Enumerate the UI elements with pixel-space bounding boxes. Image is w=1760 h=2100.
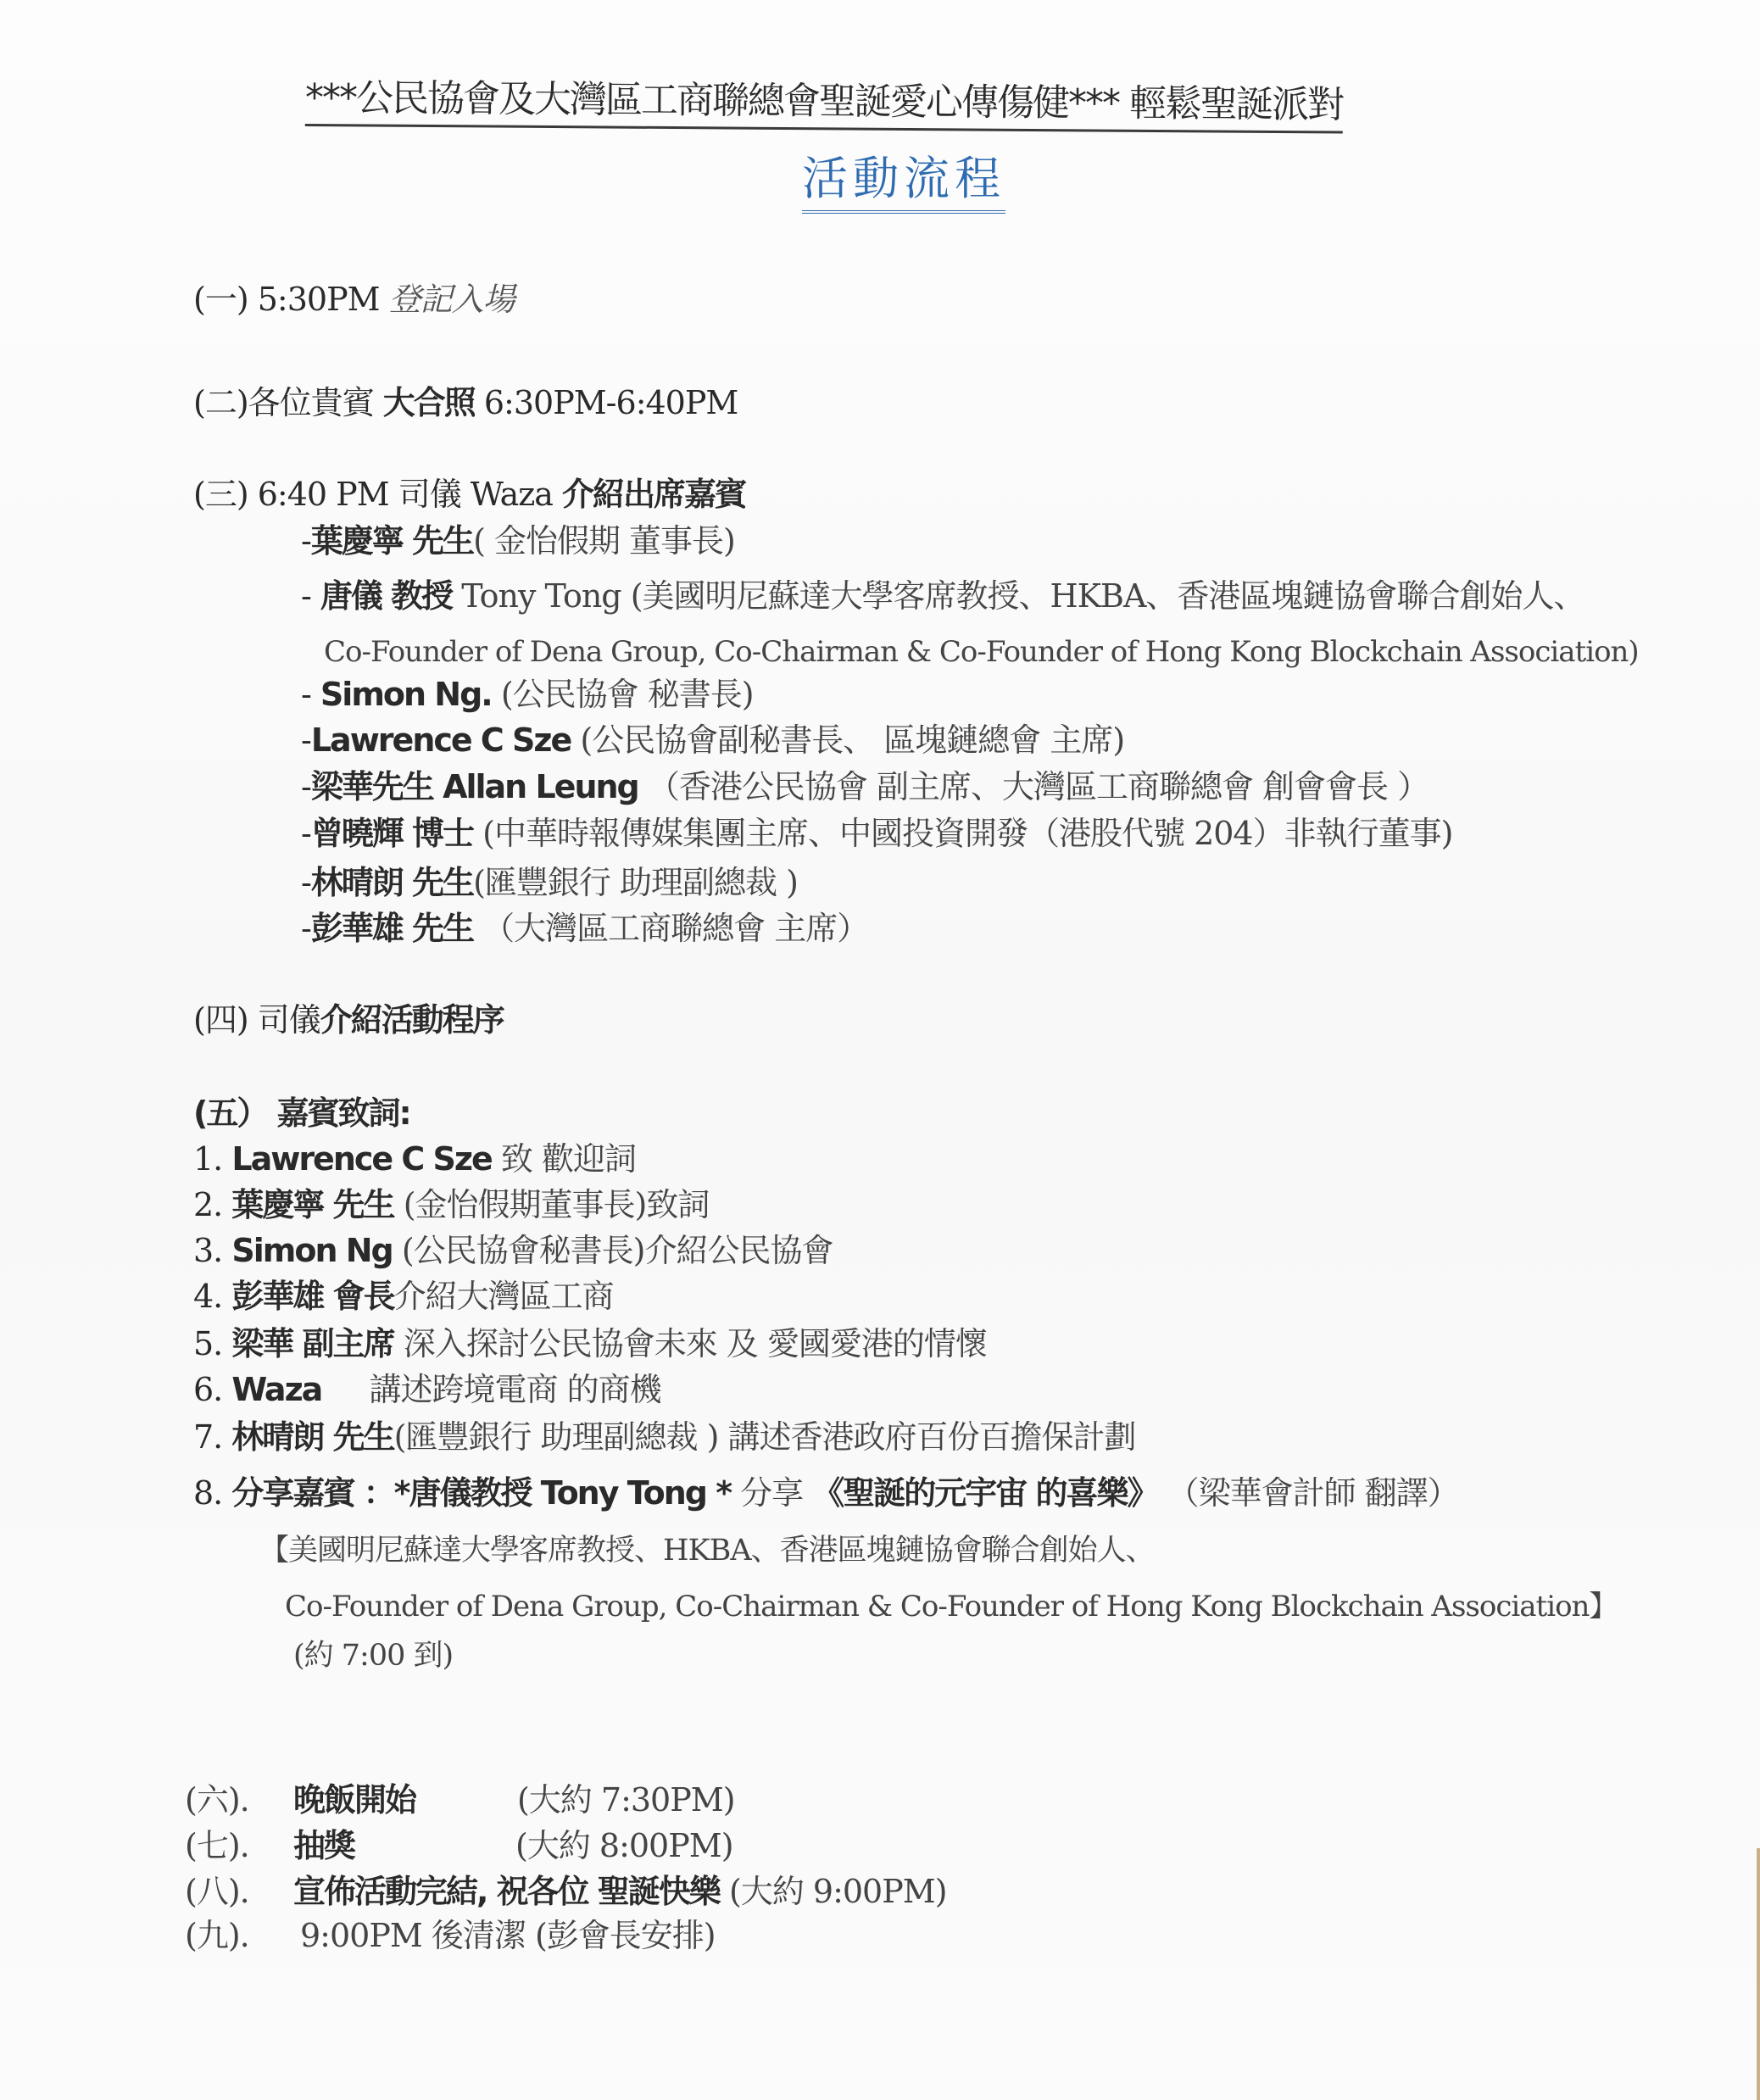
section-bold: 介紹出席嘉賓 <box>562 476 745 513</box>
section-number: (一) <box>193 281 248 318</box>
guest-name: 彭華雄 先生 <box>311 910 473 947</box>
speaker-detail-text: Co-Founder of Dena Group, Co-Chairman & … <box>285 1590 1617 1624</box>
speech-text: 介紹大灣區工商 <box>394 1278 614 1315</box>
section-bold: 嘉賓致詞: <box>276 1095 409 1132</box>
guest-detail: （大灣區工商聯總會 主席） <box>482 910 868 947</box>
speech-number: 8. <box>193 1474 222 1512</box>
guest-prefix: - <box>301 768 311 805</box>
section-text: 司儀 Waza <box>398 476 553 513</box>
guest-prefix: - <box>301 577 320 615</box>
section-number: (六). <box>185 1780 293 1819</box>
guest-5: -梁華先生 Allan Leung （香港公民協會 副主席、大灣區工商聯總會 創… <box>301 767 1429 806</box>
guest-prefix: - <box>301 676 320 713</box>
section-text: 各位貴賓 <box>248 384 374 421</box>
guest-name: 曾曉輝 博士 <box>311 815 473 852</box>
document-subtitle: 活動流程 <box>802 151 1005 214</box>
speech-speaker: 梁華 副主席 <box>231 1325 393 1362</box>
speech-1: 1. Lawrence C Sze 致 歡迎詞 <box>193 1139 636 1178</box>
guest-prefix: - <box>301 721 311 759</box>
section-number: (五） <box>193 1095 267 1132</box>
guest-detail: (公民協會副秘書長、 區塊鏈總會 主席) <box>580 721 1124 759</box>
guest-prefix: - <box>301 910 311 947</box>
guest-detail: (公民協會 秘書長) <box>501 676 754 713</box>
section-time: 6:30PM-6:40PM <box>484 384 738 421</box>
section-text: 登記入場 <box>389 281 515 318</box>
section-4: (四) 司儀介紹活動程序 <box>193 1000 504 1039</box>
guest-7: -林晴朗 先生(匯豐銀行 助理副總裁 ) <box>301 863 798 902</box>
guest-detail: Tony Tong (美國明尼蘇達大學客席教授、HKBA、香港區塊鏈協會聯合創始… <box>461 577 1585 615</box>
speech-8: 8. 分享嘉賓 ：*唐儀教授 Tony Tong * 分享 《聖誕的元宇宙 的喜… <box>193 1473 1459 1512</box>
guest-detail: ( 金怡假期 董事長) <box>473 522 735 560</box>
guest-3: - Simon Ng. (公民協會 秘書長) <box>301 675 754 714</box>
speech-number: 5. <box>193 1325 222 1362</box>
section-bold: 宣佈活動完結, 祝各位 聖誕快樂 <box>293 1873 720 1910</box>
section-bold: 抽獎 <box>293 1826 515 1865</box>
section-number: (三) <box>193 476 248 513</box>
section-time: (大約 8:00PM) <box>515 1827 733 1864</box>
speech-topic: 《聖誕的元宇宙 的喜樂》 <box>812 1474 1157 1512</box>
speech-number: 6. <box>193 1371 222 1408</box>
guest-2: - 唐儀 教授 Tony Tong (美國明尼蘇達大學客席教授、HKBA、香港區… <box>301 577 1585 616</box>
speech-speaker: Waza <box>231 1371 321 1408</box>
section-number: (九). <box>185 1916 300 1955</box>
speech-2: 2. 葉慶寧 先生 (金怡假期董事長)致詞 <box>193 1185 709 1224</box>
speech-3: 3. Simon Ng (公民協會秘書長)介紹公民協會 <box>193 1231 833 1270</box>
section-time: (大約 7:30PM) <box>517 1781 735 1819</box>
section-6: (六).晚飯開始(大約 7:30PM) <box>185 1780 735 1819</box>
speech-number: 2. <box>193 1186 222 1223</box>
section-bold: 大合照 <box>383 384 475 421</box>
speaker8-detail-2: Co-Founder of Dena Group, Co-Chairman & … <box>285 1587 1617 1626</box>
guest-name: 葉慶寧 先生 <box>311 522 473 560</box>
speech-text: (金怡假期董事長)致詞 <box>404 1186 710 1223</box>
speech-speaker: 彭華雄 會長 <box>231 1278 393 1315</box>
section-time: 6:40 PM <box>258 476 389 513</box>
arrival-time: (約 7:00 到) <box>293 1639 453 1673</box>
section-9: (九).9:00PM 後清潔 (彭會長安排) <box>185 1916 716 1955</box>
document-title: ***公民協會及大灣區工商聯總會聖誕愛心傳傷健*** 輕鬆聖誕派對 <box>305 75 1343 134</box>
guest-6: -曾曉輝 博士 (中華時報傳媒集團主席、中國投資開發（港股代號 204）非執行董… <box>301 814 1452 853</box>
guest-detail: （香港公民協會 副主席、大灣區工商聯總會 創會會長 ） <box>648 768 1429 805</box>
guest-prefix: - <box>301 815 311 852</box>
speech-text: 講述跨境電商 的商機 <box>370 1371 661 1408</box>
guest-1: -葉慶寧 先生( 金怡假期 董事長) <box>301 521 735 560</box>
speaker8-detail-1: 【美國明尼蘇達大學客席教授、HKBA、香港區塊鏈協會聯合創始人、 <box>259 1531 1155 1570</box>
guest-4: -Lawrence C Sze (公民協會副秘書長、 區塊鏈總會 主席) <box>301 721 1124 760</box>
guest-prefix: - <box>301 864 311 901</box>
guest-detail: (中華時報傳媒集團主席、中國投資開發（港股代號 204）非執行董事) <box>482 815 1452 852</box>
section-7: (七).抽獎(大約 8:00PM) <box>185 1826 733 1865</box>
speech-number: 4. <box>193 1278 222 1315</box>
section-number: (七). <box>185 1826 293 1865</box>
section-bold: 晚飯開始 <box>293 1780 517 1819</box>
guest-8: -彭華雄 先生 （大灣區工商聯總會 主席） <box>301 909 868 948</box>
guest-name: 梁華先生 Allan Leung <box>311 768 638 805</box>
section-3: (三) 6:40 PM 司儀 Waza 介紹出席嘉賓 <box>193 475 745 514</box>
section-text: 司儀 <box>258 1001 320 1039</box>
section-number: (四) <box>193 1001 248 1039</box>
speech-4: 4. 彭華雄 會長介紹大灣區工商 <box>193 1277 614 1316</box>
speaker8-arrival: (約 7:00 到) <box>293 1636 453 1675</box>
guest-detail: Co-Founder of Dena Group, Co-Chairman & … <box>324 635 1639 669</box>
speech-translator: （梁華會計師 翻譯） <box>1167 1474 1459 1512</box>
section-5: (五） 嘉賓致詞: <box>193 1094 410 1133</box>
speaker-detail-text: 【美國明尼蘇達大學客席教授、HKBA、香港區塊鏈協會聯合創始人、 <box>259 1534 1155 1568</box>
guest-name: 唐儀 教授 <box>320 577 452 615</box>
speech-speaker: 林晴朗 先生 <box>231 1418 393 1456</box>
speech-text: 分享 <box>740 1474 803 1512</box>
guest-2-detail-cont: Co-Founder of Dena Group, Co-Chairman & … <box>324 632 1639 671</box>
speech-speaker: 分享嘉賓 ：*唐儀教授 Tony Tong * <box>231 1474 731 1512</box>
guest-name: 林晴朗 先生 <box>311 864 473 901</box>
section-2: (二)各位貴賓 大合照 6:30PM-6:40PM <box>193 383 738 422</box>
guest-name: Simon Ng. <box>320 676 492 713</box>
section-time: (大約 9:00PM) <box>729 1873 947 1910</box>
speech-5: 5. 梁華 副主席 深入探討公民協會未來 及 愛國愛港的情懷 <box>193 1324 987 1363</box>
guest-detail: (匯豐銀行 助理副總裁 ) <box>473 864 798 901</box>
speech-text: (公民協會秘書長)介紹公民協會 <box>402 1232 833 1269</box>
paper-edge <box>1757 1848 1760 2100</box>
speech-text: (匯豐銀行 助理副總裁 ) 講述香港政府百份百擔保計劃 <box>394 1418 1136 1456</box>
speech-number: 3. <box>193 1232 222 1269</box>
speech-text: 深入探討公民協會未來 及 愛國愛港的情懷 <box>404 1325 987 1362</box>
speech-speaker: Lawrence C Sze <box>231 1140 491 1178</box>
section-time: 5:30PM <box>258 281 380 318</box>
speech-number: 7. <box>193 1418 222 1456</box>
speech-number: 1. <box>193 1140 222 1178</box>
speech-7: 7. 林晴朗 先生(匯豐銀行 助理副總裁 ) 講述香港政府百份百擔保計劃 <box>193 1418 1135 1457</box>
section-number: (二) <box>193 384 248 421</box>
guest-name: Lawrence C Sze <box>311 721 571 759</box>
section-bold: 介紹活動程序 <box>320 1001 504 1039</box>
guest-prefix: - <box>301 522 311 560</box>
speech-6: 6. Waza 講述跨境電商 的商機 <box>193 1370 661 1409</box>
section-1: (一) 5:30PM 登記入場 <box>193 280 515 319</box>
section-number: (八). <box>185 1872 293 1911</box>
section-8: (八).宣佈活動完結, 祝各位 聖誕快樂 (大約 9:00PM) <box>185 1872 947 1911</box>
speech-text: 致 歡迎詞 <box>501 1140 636 1178</box>
section-text: 9:00PM 後清潔 (彭會長安排) <box>300 1917 716 1954</box>
speech-speaker: 葉慶寧 先生 <box>231 1186 393 1223</box>
speech-speaker: Simon Ng <box>231 1232 392 1269</box>
